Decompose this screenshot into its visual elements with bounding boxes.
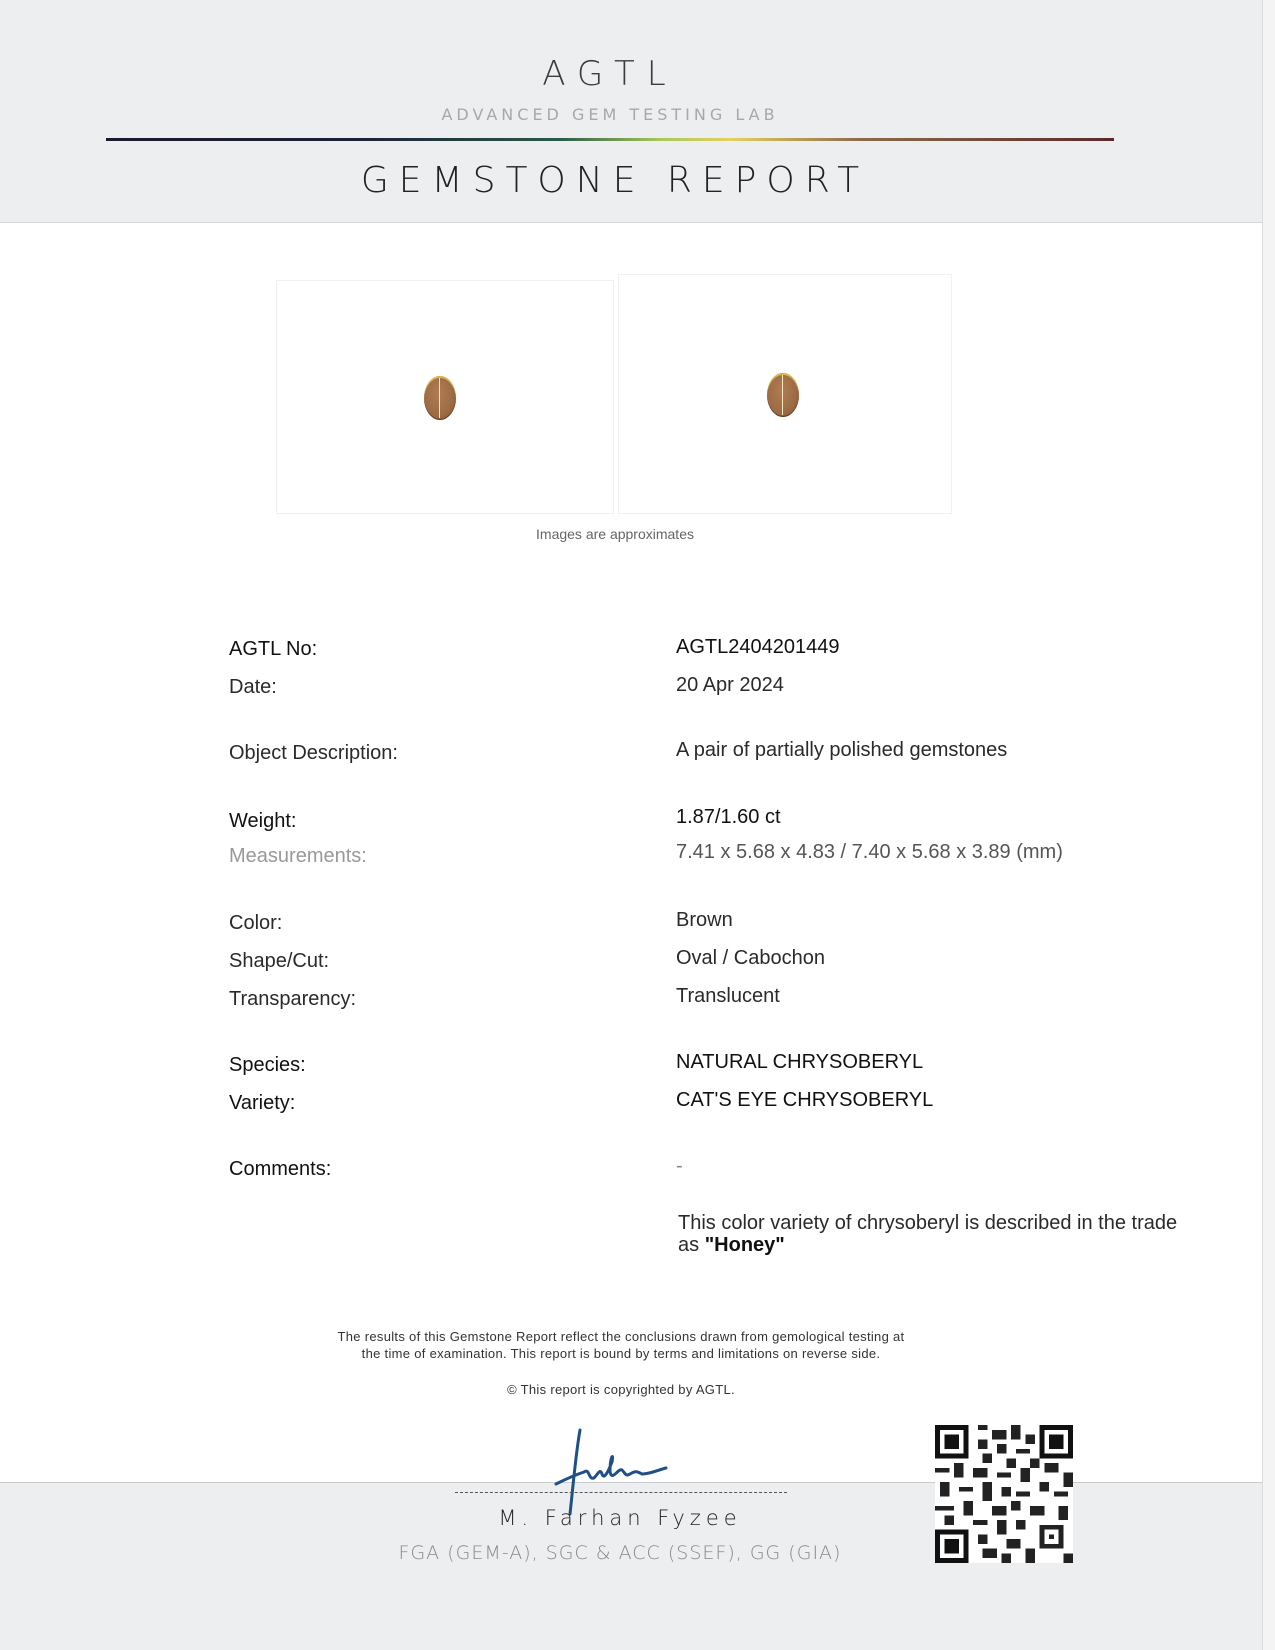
comment-note-highlight: "Honey": [705, 1234, 785, 1256]
images-caption: Images are approximates: [0, 526, 1230, 542]
field-value-weight: 1.87/1.60 ct: [676, 806, 781, 829]
signature: [540, 1422, 690, 1518]
field-value-shape-cut: Oval / Cabochon: [676, 947, 825, 970]
qr-code-icon[interactable]: [935, 1425, 1073, 1563]
field-value-comments: -: [676, 1155, 683, 1178]
field-value-transparency: Translucent: [676, 985, 780, 1008]
field-label-shape-cut: Shape/Cut:: [229, 950, 329, 973]
disclaimer-line-1: The results of this Gemstone Report refl…: [0, 1328, 1242, 1345]
field-label-agtl-no: AGTL No:: [229, 638, 317, 661]
disclaimer: The results of this Gemstone Report refl…: [0, 1328, 1242, 1362]
field-value-agtl-no: AGTL2404201449: [676, 636, 839, 659]
lab-name: ADVANCED GEM TESTING LAB: [0, 105, 1220, 124]
field-label-transparency: Transparency:: [229, 988, 356, 1011]
field-label-date: Date:: [229, 676, 277, 699]
report-title: GEMSTONE REPORT: [0, 160, 1230, 201]
comment-note: This color variety of chrysoberyl is des…: [678, 1212, 1178, 1256]
gem-image-1: [424, 376, 456, 420]
field-value-color: Brown: [676, 909, 733, 932]
field-label-measurements: Measurements:: [229, 845, 367, 868]
field-label-species: Species:: [229, 1054, 306, 1077]
field-label-color: Color:: [229, 912, 282, 935]
field-value-date: 20 Apr 2024: [676, 674, 784, 697]
field-label-object-description: Object Description:: [229, 742, 398, 765]
scan-edge: [1262, 0, 1275, 1650]
field-label-comments: Comments:: [229, 1158, 331, 1181]
field-value-variety: CAT'S EYE CHRYSOBERYL: [676, 1089, 933, 1112]
signature-line: [455, 1492, 787, 1493]
disclaimer-line-2: the time of examination. This report is …: [0, 1345, 1242, 1362]
lab-logo: AGTL: [0, 54, 1220, 94]
field-value-measurements: 7.41 x 5.68 x 4.83 / 7.40 x 5.68 x 3.89 …: [676, 841, 1063, 864]
field-label-variety: Variety:: [229, 1092, 295, 1115]
field-value-species: NATURAL CHRYSOBERYL: [676, 1051, 923, 1074]
copyright-notice: © This report is copyrighted by AGTL.: [0, 1382, 1242, 1397]
spectrum-divider: [106, 138, 1114, 141]
gem-image-2: [767, 373, 799, 417]
field-value-object-description: A pair of partially polished gemstones: [676, 739, 1007, 762]
field-label-weight: Weight:: [229, 810, 296, 833]
